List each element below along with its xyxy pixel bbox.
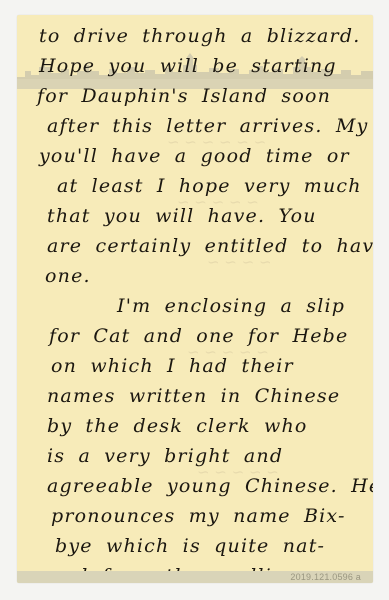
text-line: after this letter arrives. My	[47, 115, 368, 137]
text-line: you'll have a good time or	[39, 145, 350, 167]
text-line: to drive through a blizzard.	[39, 25, 360, 47]
text-line: by the desk clerk who	[47, 415, 308, 437]
text-line: are certainly entitled to have	[47, 235, 373, 257]
text-line: for Cat and one for Hebe	[49, 325, 348, 347]
text-line: Hope you will be starting	[39, 55, 337, 77]
text-line: one.	[45, 265, 91, 287]
text-line: at least I hope very much	[57, 175, 362, 197]
text-line: bye which is quite nat-	[55, 535, 325, 557]
letter-page: ~ ~ ~ ~ ~ ~ ~ ~ ~ ~ ~ ~ ~ ~ ~ ~ ~ ~ ~ ~ …	[17, 15, 373, 583]
catalog-number: 2019.121.0596 a	[290, 571, 361, 583]
text-line: for Dauphin's Island soon	[37, 85, 331, 107]
text-line: that you will have. You	[47, 205, 317, 227]
text-line: I'm enclosing a slip	[117, 295, 345, 317]
text-line: pronounces my name Bix-	[51, 505, 346, 527]
text-line: names written in Chinese	[47, 385, 340, 407]
text-line: agreeable young Chinese. He	[47, 475, 373, 497]
text-line: on which I had their	[51, 355, 294, 377]
text-line: is a very bright and	[47, 445, 283, 467]
bottom-strip: 2019.121.0596 a	[17, 571, 373, 583]
